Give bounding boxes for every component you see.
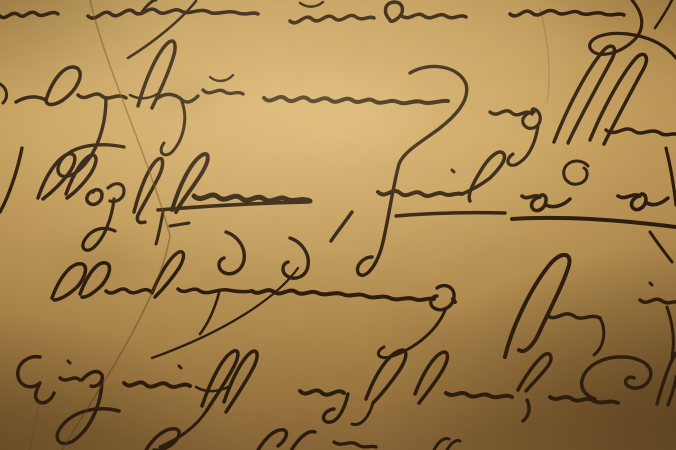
manuscript-photo — [0, 0, 676, 450]
paper-texture — [0, 0, 676, 450]
paper-grain-mottle — [0, 0, 676, 450]
